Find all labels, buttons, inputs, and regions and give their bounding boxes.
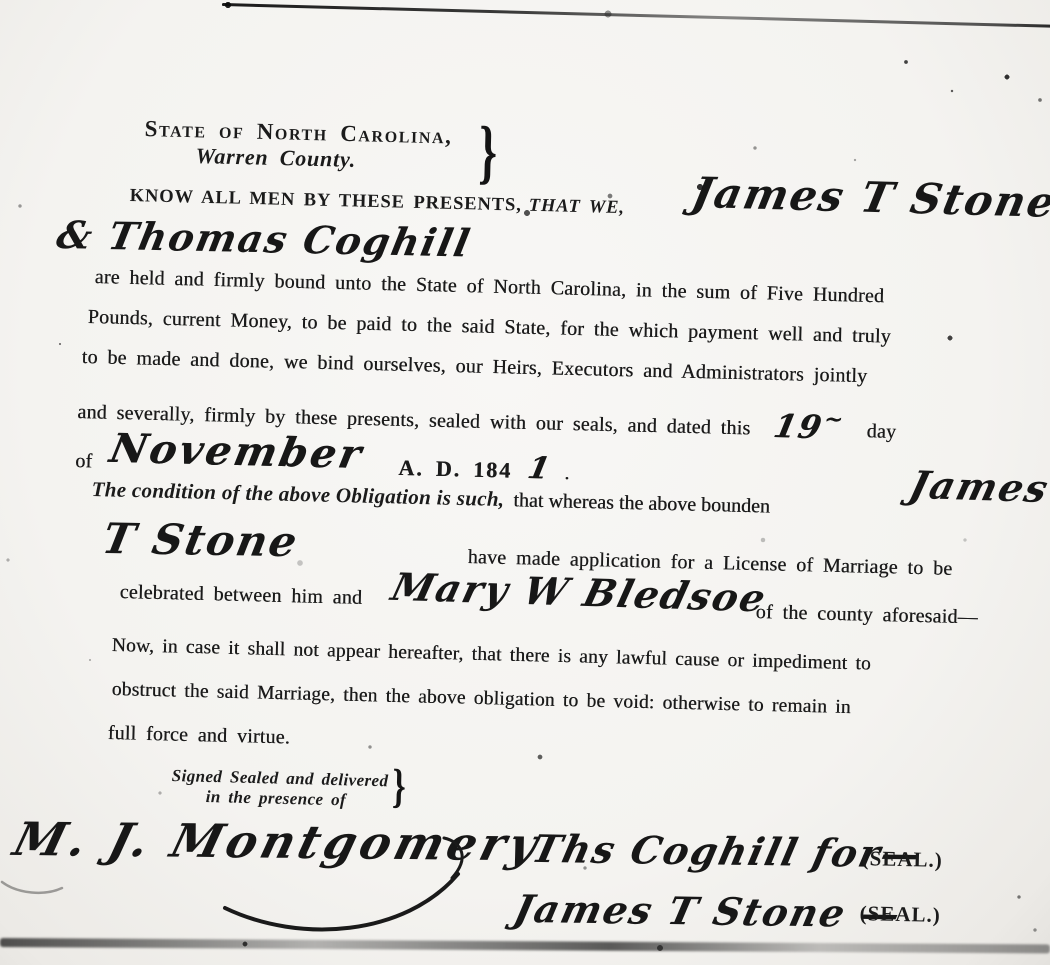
scan-artifact-top-line (222, 3, 1050, 28)
handwritten-month: November (106, 425, 368, 478)
header-state-line: State of North Carolina, (144, 116, 452, 150)
handwritten-principal-name: James T Stone (688, 168, 1050, 227)
marriage-bond-scanned-document: State of North Carolina, Warren County. … (0, 0, 1050, 965)
handwritten-surety-name: & Thomas Coghill (53, 212, 475, 265)
handwritten-day-mark: ~ (822, 406, 848, 432)
bond-body-line-3: to be made and done, we bind ourselves, … (81, 346, 867, 388)
seal-label-1: (SEAL.) (861, 846, 943, 873)
header-county-line: Warren County. (195, 143, 356, 173)
seal-label-2: (SEAL.) (859, 901, 941, 928)
ad-year-printed: A. D. 184 (398, 455, 512, 483)
scan-artifact-bottom-smudge (0, 938, 1050, 953)
header-brace: } (478, 110, 498, 193)
opening-emphasis: THAT WE, (529, 196, 626, 218)
sentence-period: . (564, 462, 570, 484)
bond-body-line-2: Pounds, current Money, to be paid to the… (87, 306, 891, 349)
now-clause-line-3: full force and virtue. (107, 722, 290, 749)
handwritten-groom-rest: T Stone (99, 514, 303, 566)
handwritten-signature-stone: James T Stone — (510, 886, 907, 936)
handwritten-year-digit: 1 (524, 451, 554, 486)
bond-body-line-1: are held and firmly bound unto the State… (94, 266, 884, 308)
witness-signature-flourish (0, 830, 560, 950)
day-word: day (866, 420, 896, 443)
opening-text: KNOW ALL MEN BY THESE PRESENTS, (130, 186, 522, 216)
handwritten-day-number: 19 (770, 407, 826, 446)
condition-rest: that whereas the above bounden (513, 489, 770, 517)
now-clause-line-1: Now, in case it shall not appear hereaft… (111, 635, 871, 676)
of-word: of (75, 450, 93, 472)
now-clause-line-2: obstruct the said Marriage, then the abo… (111, 679, 851, 719)
handwritten-groom-first-word: James (905, 462, 1050, 511)
celebrated-line: celebrated between him and (119, 581, 362, 610)
attestation-line-1: Signed Sealed and delivered (172, 766, 389, 791)
aforesaid-line: of the county aforesaid— (755, 601, 978, 629)
attestation-brace: } (392, 761, 407, 815)
attestation-line-2: in the presence of (206, 787, 347, 810)
